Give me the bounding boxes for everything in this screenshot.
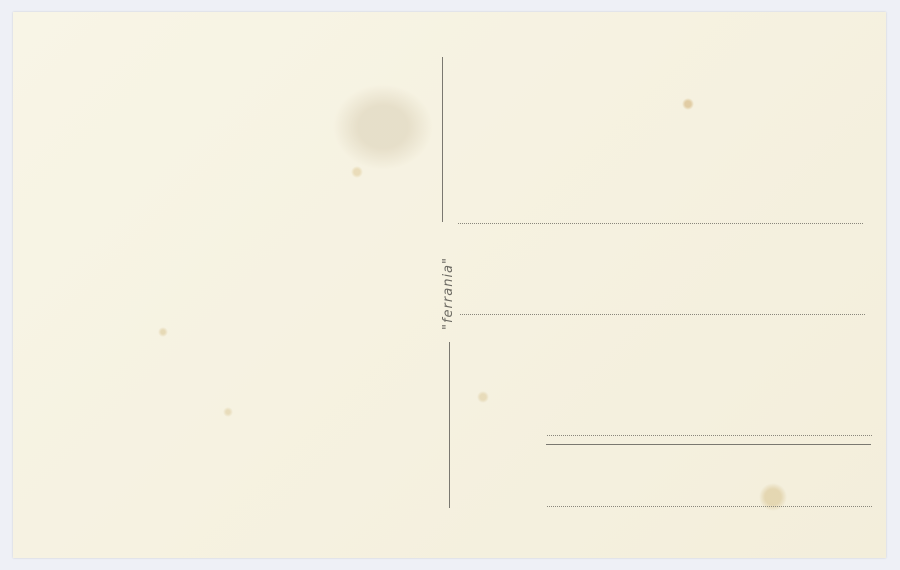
address-line-2 bbox=[460, 314, 865, 315]
divider-top bbox=[442, 57, 443, 222]
address-line-3 bbox=[547, 435, 872, 436]
postcard-back: "ferrania" bbox=[13, 12, 886, 558]
address-line-4 bbox=[547, 506, 872, 507]
address-line-1 bbox=[458, 223, 863, 224]
brand-label: "ferrania" bbox=[441, 257, 456, 330]
divider-bottom bbox=[449, 342, 450, 508]
address-underline bbox=[546, 444, 871, 445]
